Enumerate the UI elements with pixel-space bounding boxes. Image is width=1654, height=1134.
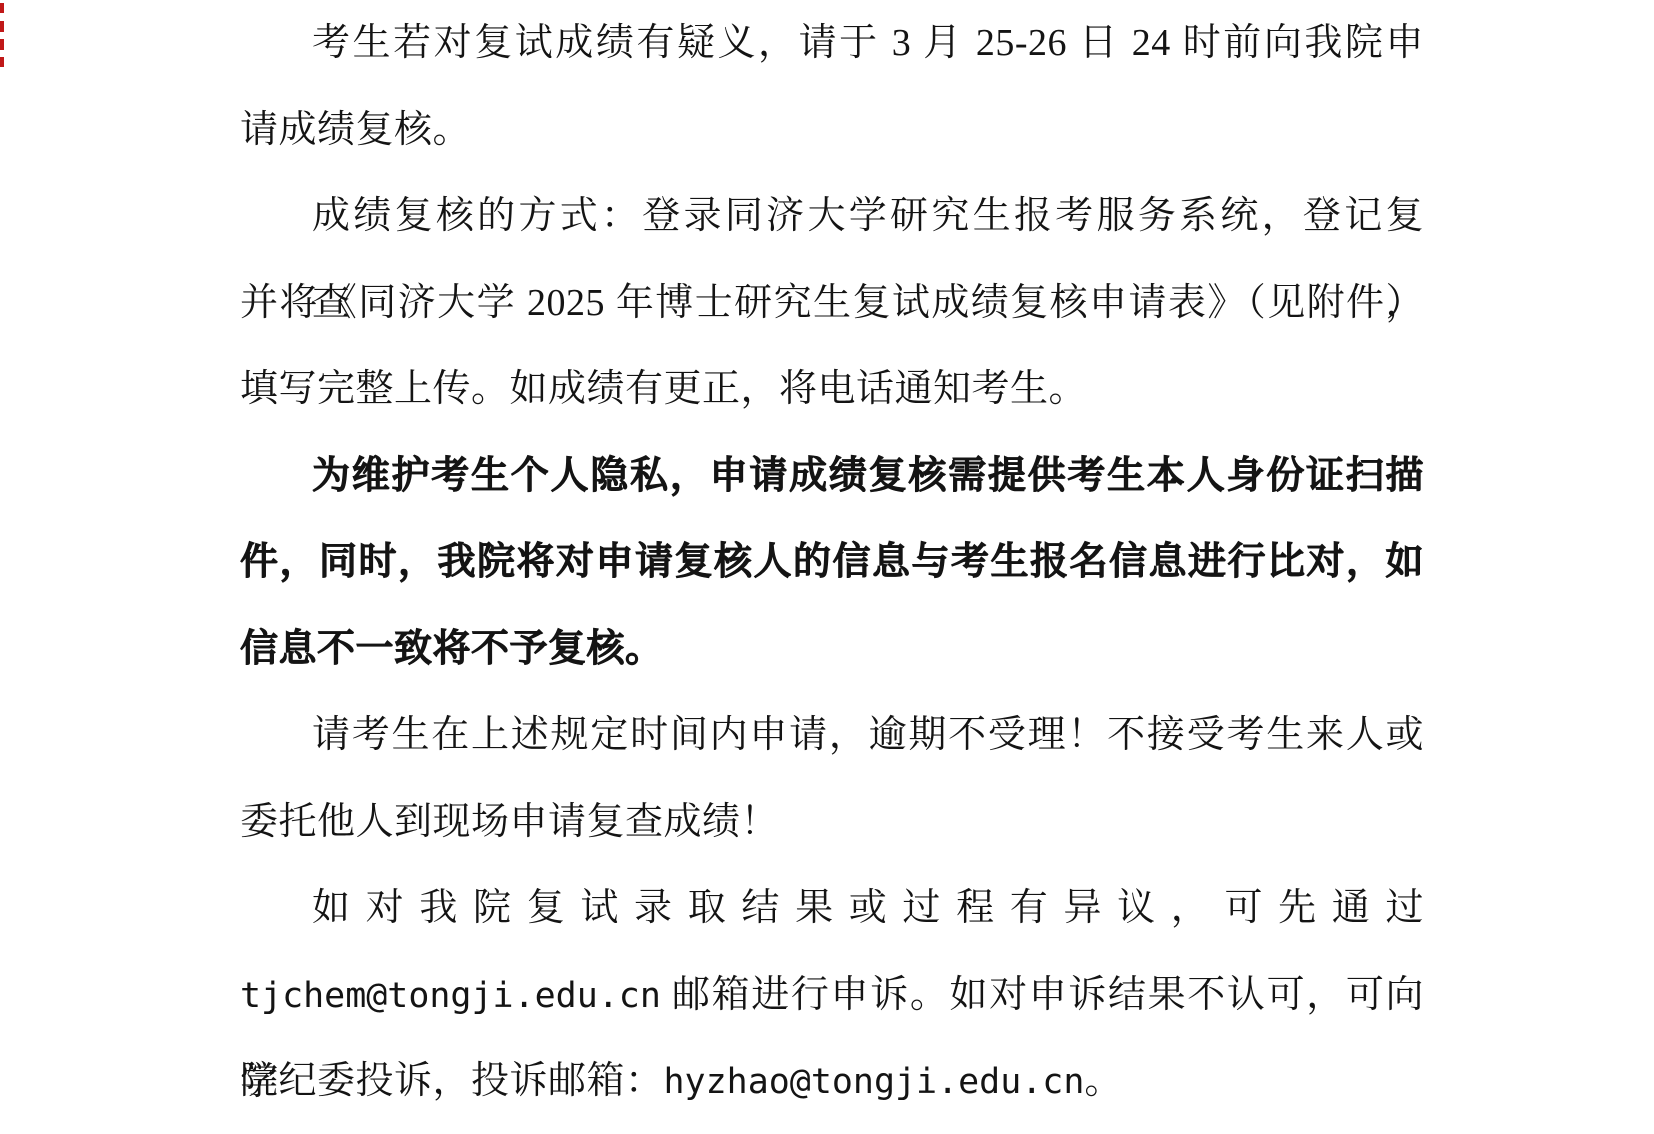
text-segment: 如对我院复试录取结果或过程有异议，可先通过	[312, 887, 1424, 929]
text-line: 并将《同济大学 2025 年博士研究生复试成绩复核申请表》（见附件）	[240, 260, 1424, 347]
text-segment: 为维护考生个人隐私，申请成绩复核需提供考生本人身份证扫描	[312, 455, 1424, 497]
text-segment: 委托他人到现场申请复查成绩！	[240, 801, 779, 843]
left-margin-marks	[0, 0, 6, 80]
text-line: 考生若对复试成绩有疑义，请于 3 月 25-26 日 24 时前向我院申	[240, 0, 1424, 87]
text-line: 委托他人到现场申请复查成绩！	[240, 779, 1424, 866]
text-line: tjchem@tongji.edu.cn 邮箱进行申诉。如对申诉结果不认可，可向…	[240, 952, 1424, 1039]
text-line: 请考生在上述规定时间内申请，逾期不受理！不接受考生来人或	[240, 692, 1424, 779]
text-segment: 考生若对复试成绩有疑义，请于 3 月 25-26 日 24 时前向我院申	[312, 22, 1424, 64]
text-line-bold: 为维护考生个人隐私，申请成绩复核需提供考生本人身份证扫描	[240, 433, 1424, 520]
text-line: 如对我院复试录取结果或过程有异议，可先通过	[240, 865, 1424, 952]
notice-body: 考生若对复试成绩有疑义，请于 3 月 25-26 日 24 时前向我院申 请成绩…	[240, 0, 1424, 1125]
text-segment: 信息不一致将不予复核。	[240, 628, 664, 670]
text-line: 填写完整上传。如成绩有更正，将电话通知考生。	[240, 346, 1424, 433]
text-line: 院纪委投诉，投诉邮箱：hyzhao@tongji.edu.cn。	[240, 1038, 1424, 1125]
text-segment: 件，同时，我院将对申请复核人的信息与考生报名信息进行比对，如	[240, 541, 1424, 583]
text-line-bold: 件，同时，我院将对申请复核人的信息与考生报名信息进行比对，如	[240, 519, 1424, 606]
text-segment: 填写完整上传。如成绩有更正，将电话通知考生。	[240, 368, 1087, 410]
text-segment: 请成绩复核。	[240, 109, 471, 151]
text-segment: 请考生在上述规定时间内申请，逾期不受理！不接受考生来人或	[312, 714, 1424, 756]
left-margin-red-mark	[0, 21, 4, 32]
text-segment: 。	[1084, 1060, 1123, 1102]
text-line-bold: 信息不一致将不予复核。	[240, 606, 1424, 693]
appeal-email-text: tjchem@tongji.edu.cn	[240, 976, 661, 1016]
document-page: 考生若对复试成绩有疑义，请于 3 月 25-26 日 24 时前向我院申 请成绩…	[0, 0, 1654, 1134]
left-margin-red-mark	[0, 3, 4, 13]
text-segment: 并将《同济大学 2025 年博士研究生复试成绩复核申请表》（见附件）	[240, 282, 1424, 324]
discipline-email-text: hyzhao@tongji.edu.cn	[664, 1062, 1085, 1102]
left-margin-red-mark	[0, 57, 4, 67]
text-segment: 院纪委投诉，投诉邮箱：	[240, 1060, 664, 1102]
text-line: 请成绩复核。	[240, 87, 1424, 174]
text-line: 成绩复核的方式：登录同济大学研究生报考服务系统，登记复查，	[240, 173, 1424, 260]
left-margin-red-mark	[0, 39, 4, 50]
